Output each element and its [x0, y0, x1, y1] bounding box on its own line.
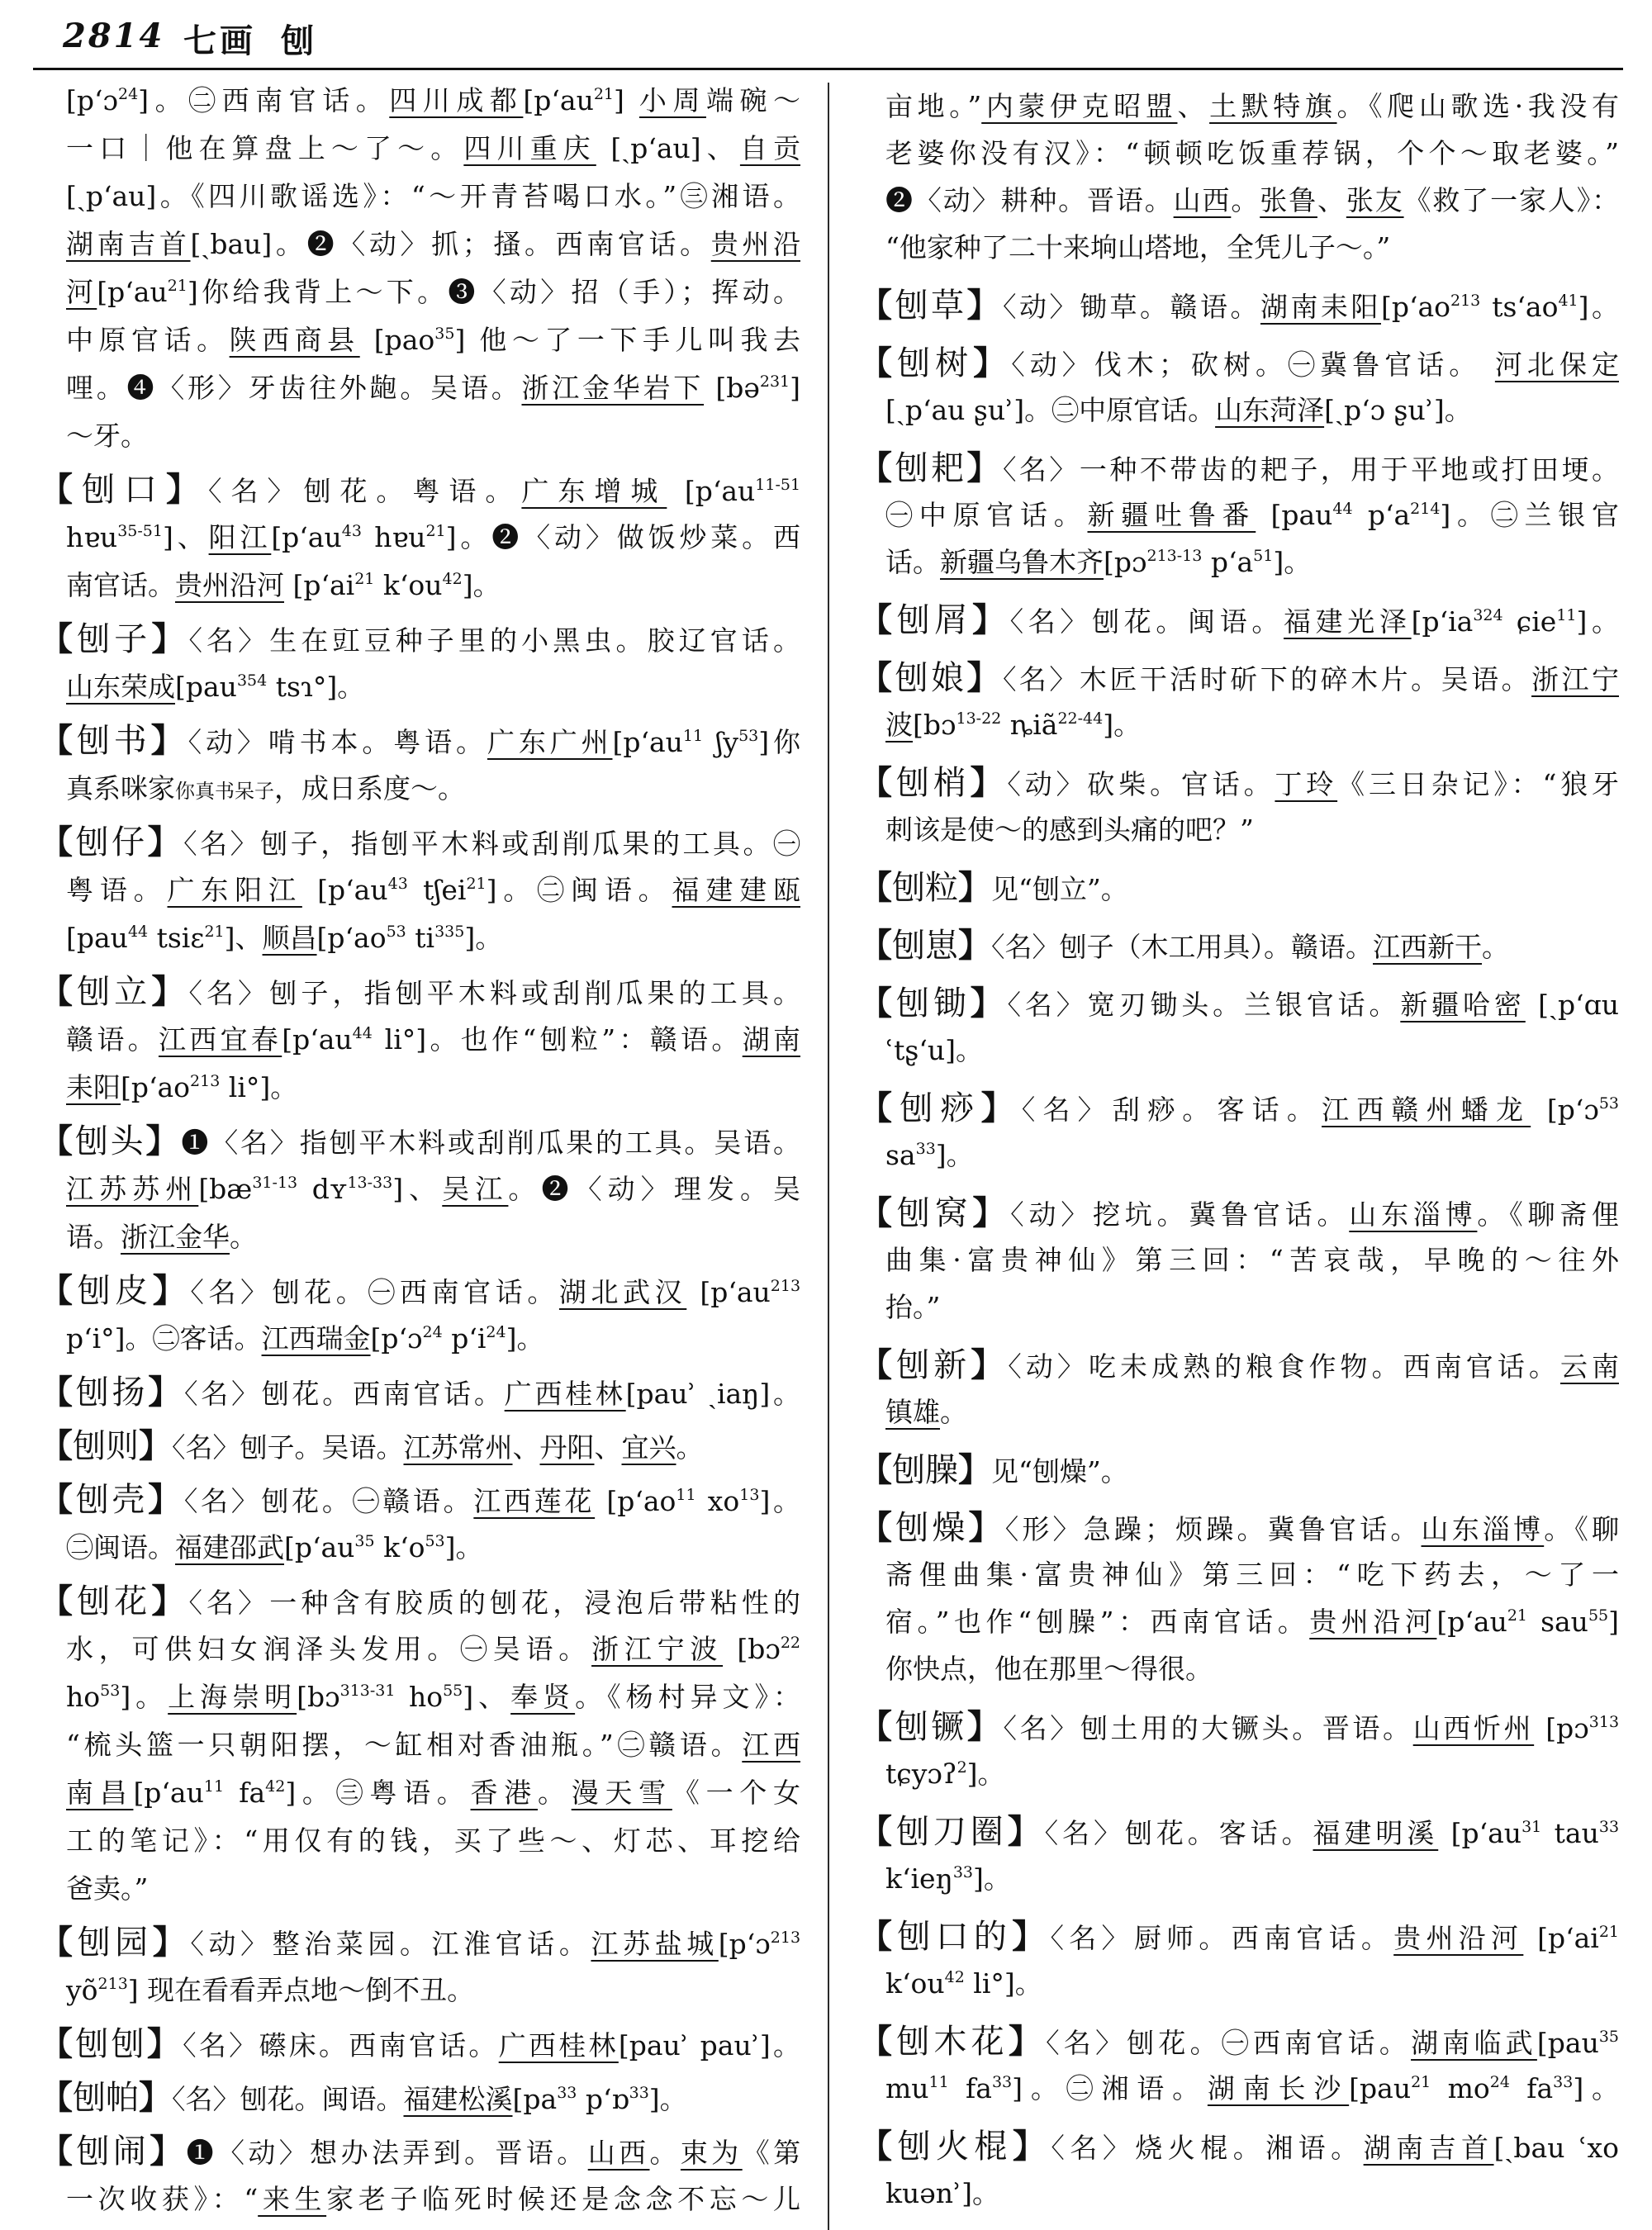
headword: 【刨壳】	[40, 1481, 184, 1519]
tone-superscript: 51	[1253, 547, 1273, 565]
headword: 【刨臊】	[859, 1451, 991, 1489]
tone-superscript: 55	[1588, 1606, 1608, 1625]
place-name: 山西	[588, 2137, 650, 2169]
headword-bracket-close: 】	[981, 1089, 1022, 1127]
place-name: 奉贤	[510, 1681, 575, 1713]
place-name: 浙江金华	[121, 1221, 230, 1253]
dictionary-entry: 【刨树】〈动〉伐木；砍树。㊀冀鲁官话。 河北保定[ˏp‘au ʂuʾ]。㊁中原官…	[859, 339, 1619, 434]
headword: 【刨火棍】	[859, 2128, 1051, 2166]
dictionary-entry: 【刨梢】〈动〉砍柴。官话。丁玲《三日杂记》：“狼牙刺该是使～的感到头痛的吧？”	[859, 759, 1619, 853]
tone-superscript: 53	[1599, 1094, 1619, 1113]
dictionary-entry: 【刨仔】〈名〉刨子，指刨平木料或刮削瓜果的工具。㊀粤语。广东阳江 [p‘au43…	[40, 818, 800, 962]
tone-superscript: 53	[387, 923, 406, 941]
tone-superscript: 33	[557, 2084, 577, 2102]
headword-bracket-close: 】	[958, 868, 991, 907]
entry-line: 【刨耙】〈名〉一种不带齿的耙子，用于平地或打田埂。	[859, 444, 1619, 491]
place-name: 河	[66, 276, 97, 308]
headword-bracket-open: 【	[40, 2024, 75, 2063]
dictionary-entry: 【刨刀圈】〈名〉刨花。客话。福建明溪 [p‘au31 tau33k‘ieŋ33]…	[859, 1808, 1619, 1902]
headword-bracket-open: 【	[859, 600, 897, 639]
entry-line: 【刨则】〈名〉刨子。吴语。江苏常州、丹阳、宜兴。	[40, 1422, 800, 1470]
place-name: 湖南临武	[1411, 2027, 1537, 2059]
tone-superscript: 43	[342, 522, 362, 540]
headword-bracket-open: 【	[40, 972, 77, 1011]
place-name: 广西桂林	[499, 2029, 619, 2062]
headword: 【刨皮】	[40, 1272, 190, 1310]
place-name: 上海崇明	[168, 1681, 297, 1713]
entry-line: 【刨头】❶〈名〉指刨平木料或刮削瓜果的工具。吴语。	[40, 1117, 800, 1165]
tone-superscript: 324	[1473, 606, 1502, 624]
entry-line: [p‘ɔ24]。㊁西南官话。四川成都[p‘au21] 小周端碗～	[40, 77, 800, 125]
entry-line: 【刨子】〈名〉生在豇豆种子里的小黑虫。胶辽官话。	[40, 615, 800, 663]
headword: 【刨燥】	[859, 1509, 1005, 1547]
entry-line: 宿。”也作“刨臊”：西南官话。贵州沿河[p‘au21 sau55]	[859, 1598, 1619, 1645]
headword-bracket-close: 】	[151, 1582, 188, 1620]
entry-line: 老婆你没有汉》：“顿顿吃饭重荐锅，个个～取老婆。”	[859, 130, 1619, 177]
place-name: 河北保定	[1495, 349, 1619, 381]
tone-superscript: 11	[929, 2073, 949, 2091]
dictionary-entry: 【刨帕】〈名〉刨花。闽语。福建松溪[pa33 p‘ɒ33]。	[40, 2074, 800, 2122]
place-name: 湖南	[743, 1023, 800, 1056]
dictionary-entry: 【刨痧】〈名〉刮痧。客话。江西赣州蟠龙 [p‘ɔ53sa33]。	[859, 1084, 1619, 1179]
place-name: 湖南耒阳	[1260, 291, 1381, 323]
dictionary-entry: 【刨口的】〈名〉厨师。西南官话。贵州沿河 [p‘ai21k‘ou42 li°]。	[859, 1913, 1619, 2007]
tone-superscript: 53	[100, 1682, 120, 1700]
entry-line: 【刨崽】〈名〉刨子（木工用具）。赣语。江西新干。	[859, 922, 1619, 969]
entry-line: 爸卖。”	[40, 1865, 800, 1913]
entry-line: 一次收获》：“来生家老子临死时候还是念念不忘～儿	[40, 2175, 800, 2223]
entry-line: 粤语。广东阳江 [p‘au43 tʃei21]。㊁闽语。福建建瓯	[40, 866, 800, 914]
entry-line: 曲集·富贵神仙》第三回：“苦哀哉，早晚的～往外	[859, 1236, 1619, 1283]
entry-line: 镇雄。	[859, 1388, 1619, 1435]
headword-bracket-close: 】	[151, 972, 188, 1011]
place-name: 张鲁	[1260, 184, 1317, 216]
place-name: 来生	[258, 2183, 326, 2215]
tone-superscript: 21	[204, 923, 224, 941]
place-name: 贵州沿河	[1309, 1606, 1436, 1638]
headword-bracket-close: 】	[151, 721, 188, 760]
tone-superscript: 33	[1553, 2073, 1573, 2091]
headword-bracket-close: 】	[148, 1480, 184, 1519]
entry-line: 赣语。江西宜春[p‘au44 li°]。也作“刨粒”：赣语。湖南	[40, 1016, 800, 1064]
place-name: 江西莲花	[473, 1485, 595, 1517]
dictionary-entry: 【刨镢】〈名〉刨土用的大镢头。晋语。山西忻州 [pɔ313tɕyɔʔ2]。	[859, 1703, 1619, 1797]
place-name: 福建明溪	[1313, 1817, 1439, 1849]
headword-bracket-close: 】	[972, 1193, 1010, 1232]
dictionary-entry: 【刨崽】〈名〉刨子（木工用具）。赣语。江西新干。	[859, 922, 1619, 969]
tone-superscript: 53	[738, 727, 758, 745]
place-name: 四川重庆	[463, 132, 596, 164]
tone-superscript: 335	[434, 923, 464, 941]
headword-bracket-close: 】	[147, 2024, 183, 2063]
place-name: 贵州沿河	[1393, 1922, 1523, 1954]
dictionary-entry: 【刨花】〈名〉一种含有胶质的刨花，浸泡后带粘性的水，可供妇女润泽头发用。㊀吴语。…	[40, 1578, 800, 1913]
place-name: 贵州沿	[711, 228, 800, 260]
tone-superscript: 41	[1558, 292, 1578, 310]
place-name: 顺昌	[263, 922, 317, 954]
tone-superscript: 11	[204, 1777, 224, 1796]
headword: 【刨刀圈】	[859, 1813, 1045, 1851]
place-name: 江西新干	[1373, 931, 1482, 963]
dictionary-entry: 【刨皮】〈名〉刨花。㊀西南官话。湖北武汉 [p‘au213p‘i°]。㊁客话。江…	[40, 1267, 800, 1363]
entry-line: ㊀中原官话。新疆吐鲁番 [pau44 p‘a214]。㊁兰银官	[859, 491, 1619, 539]
tone-superscript: 213	[98, 1975, 128, 1993]
headword-bracket-open: 【	[859, 1917, 897, 1956]
tone-superscript: 11	[1556, 606, 1576, 624]
tone-superscript: 13	[739, 1486, 759, 1504]
entry-line: ho53]。上海崇明[bɔ313-31 ho55]、奉贤。《杨村异文》：	[40, 1673, 800, 1721]
place-name: 湖南吉首	[66, 228, 191, 260]
entry-line: 斋俚曲集·富贵神仙》第三回：“吃下药去，～了一	[859, 1551, 1619, 1598]
headword-bracket-close: 】	[971, 984, 1008, 1022]
headword-bracket-open: 【	[859, 1089, 900, 1127]
place-name: 江苏盐城	[591, 1928, 718, 1960]
entry-line: 【刨园】〈动〉整治菜园。江淮官话。江苏盐城[p‘ɔ213	[40, 1919, 800, 1967]
place-name: 广西桂林	[505, 1378, 626, 1410]
place-name: 福建邵武	[175, 1531, 284, 1563]
headword: 【刨锄】	[859, 985, 1008, 1022]
headword-bracket-open: 【	[859, 2127, 897, 2166]
entry-line: 【刨口】〈名〉刨花。粤语。广东增城 [p‘au11-51	[40, 466, 800, 514]
headword-bracket-open: 【	[859, 1345, 896, 1384]
headword-bracket-close: 】	[153, 1923, 191, 1962]
headword-bracket-open: 【	[859, 448, 895, 487]
headword: 【刨镢】	[859, 1708, 1004, 1746]
headword-bracket-open: 【	[859, 1707, 895, 1746]
tone-superscript: 31	[1521, 1818, 1541, 1836]
dictionary-entry: 【刨锄】〈名〉宽刃锄头。兰银官话。新疆哈密 [ˏp‘ɑuʿtʂ‘u]。	[859, 980, 1619, 1074]
entry-line: 【刨仔】〈名〉刨子，指刨平木料或刮削瓜果的工具。㊀	[40, 818, 800, 866]
entry-line: 真系咪家你真书呆子，成日系度～。	[40, 765, 800, 813]
headword-bracket-close: 】	[967, 286, 1004, 325]
dictionary-entry: 【刨口】〈名〉刨花。粤语。广东增城 [p‘au11-51hɐu35-51]、阳江…	[40, 466, 800, 610]
entry-line: 【刨皮】〈名〉刨花。㊀西南官话。湖北武汉 [p‘au213	[40, 1267, 800, 1315]
headword-bracket-open: 【	[859, 1508, 895, 1547]
left-column: [p‘ɔ24]。㊁西南官话。四川成都[p‘au21] 小周端碗～一口｜他在算盘上…	[40, 77, 800, 2223]
headword-bracket-open: 【	[40, 619, 77, 658]
tone-superscript: 213	[771, 1277, 800, 1295]
headword-bracket-open: 【	[40, 2078, 73, 2117]
entry-line: [pau44 tsiɛ21]、顺昌[p‘ao53 ti335]。	[40, 914, 800, 962]
page-number: 2814	[63, 17, 164, 55]
headword: 【刨草】	[859, 287, 1003, 325]
tone-superscript: 213-13	[1146, 547, 1202, 565]
tone-superscript: 33	[629, 2084, 649, 2102]
headword-bracket-open: 【	[40, 1582, 77, 1620]
headword: 【刨窝】	[859, 1194, 1010, 1232]
headword: 【刨子】	[40, 620, 188, 658]
tone-superscript: 42	[945, 1968, 965, 1986]
tone-superscript: 33	[992, 2073, 1012, 2091]
headword-bracket-open: 【	[859, 2022, 896, 2061]
entry-line: ʿtʂ‘u]。	[859, 1027, 1619, 1074]
entry-line: hɐu35-51]、阳江[p‘au43 hɐu21]。❷〈动〉做饭炒菜。西	[40, 514, 800, 562]
headword-bracket-open: 【	[40, 1480, 76, 1519]
headword: 【刨口的】	[859, 1918, 1050, 1956]
place-name: 广东阳江	[168, 874, 302, 906]
dictionary-entry: 【刨扬】〈名〉刨花。西南官话。广西桂林[pauʾ ˏiaŋ]。	[40, 1369, 800, 1416]
tone-superscript: 53	[425, 1532, 444, 1550]
place-name: 吴江	[442, 1173, 508, 1205]
place-name: 镇雄	[885, 1396, 940, 1428]
tone-superscript: 213	[771, 1929, 800, 1947]
continued-entry: 亩地。”内蒙伊克昭盟、土默特旗。《爬山歌选·我没有老婆你没有汉》：“顿顿吃饭重荐…	[859, 83, 1619, 271]
place-name: 广东增城	[521, 475, 667, 507]
entry-line: 【刨闹】❶〈动〉想办法弄到。晋语。山西。束为《第	[40, 2128, 800, 2175]
entry-line: 波[bɔ13-22 ȵiã22-44]。	[859, 701, 1619, 748]
entry-line: k‘ieŋ33]。	[859, 1855, 1619, 1902]
entry-line: k‘ou42 li°]。	[859, 1960, 1619, 2007]
tone-superscript: 11	[676, 1486, 695, 1504]
headword: 【刨刨】	[40, 2025, 183, 2063]
headword-bracket-open: 【	[859, 984, 896, 1022]
headword-bracket-open: 【	[859, 658, 895, 697]
place-name: 江西赣州蟠龙	[1322, 1094, 1531, 1126]
entry-line: 【刨树】〈动〉伐木；砍树。㊀冀鲁官话。 河北保定	[859, 339, 1619, 387]
tone-superscript: 21	[594, 85, 614, 103]
tone-superscript: 213	[1450, 292, 1480, 310]
dictionary-entry: 【刨娘】〈名〉木匠干活时斫下的碎木片。吴语。浙江宁波[bɔ13-22 ȵiã22…	[859, 654, 1619, 748]
tone-superscript: 35	[434, 325, 454, 343]
entry-line: 【刨刨】〈名〉礤床。西南官话。广西桂林[pauʾ pauʾ]。	[40, 2020, 800, 2068]
tone-superscript: 22-44	[1057, 709, 1103, 728]
headword: 【刨屑】	[859, 601, 1010, 639]
headword: 【刨园】	[40, 1924, 190, 1962]
entry-line: 话。新疆乌鲁木齐[pɔ213-13 p‘a51]。	[859, 539, 1619, 586]
headword-bracket-close: 】	[1013, 2127, 1051, 2166]
entry-line: mu11 fa33]。㊁湘语。湖南长沙[pau21 mo24 fa33]。	[859, 2065, 1619, 2112]
entry-line: p‘i°]。㊁客话。江西瑞金[p‘ɔ24 p‘i24]。	[40, 1315, 800, 1363]
place-name: 波	[885, 709, 913, 741]
place-name: 小周	[639, 84, 706, 116]
dictionary-entry: 【刨书】〈动〉啃书本。粤语。广东广州[p‘au11 ʃy53]你真系咪家你真书呆…	[40, 717, 800, 813]
entry-line: 语。浙江金华。	[40, 1213, 800, 1261]
tone-superscript: 24	[486, 1323, 506, 1341]
headword: 【刨新】	[859, 1346, 1008, 1384]
dictionary-entry: 【刨则】〈名〉刨子。吴语。江苏常州、丹阳、宜兴。	[40, 1422, 800, 1470]
headword-bracket-close: 】	[966, 658, 1002, 697]
headword: 【刨崽】	[859, 927, 991, 965]
entry-line: 【刨娘】〈名〉木匠干活时斫下的碎木片。吴语。浙江宁	[859, 654, 1619, 701]
entry-line: 河[p‘au21]你给我背上～下。❸〈动〉招（手）；挥动。	[40, 268, 800, 316]
headword: 【刨痧】	[859, 1089, 1022, 1127]
head-character: 刨	[281, 15, 314, 62]
continued-entry: [p‘ɔ24]。㊁西南官话。四川成都[p‘au21] 小周端碗～一口｜他在算盘上…	[40, 77, 800, 460]
entry-line: 【刨花】〈名〉一种含有胶质的刨花，浸泡后带粘性的	[40, 1578, 800, 1625]
headword-bracket-close: 】	[958, 1450, 991, 1489]
entry-line: 【刨痧】〈名〉刮痧。客话。江西赣州蟠龙 [p‘ɔ53	[859, 1084, 1619, 1132]
headword-bracket-close: 】	[153, 1271, 191, 1310]
entry-line: yõ213] 现在看看弄点地～倒不丑。	[40, 1967, 800, 2014]
entry-line: “梳头篮一只朝阳摆，～缸相对香油瓶。”㊁赣语。江西	[40, 1721, 800, 1769]
dictionary-entry: 【刨新】〈动〉吃未成熟的粮食作物。西南官话。云南镇雄。	[859, 1341, 1619, 1435]
entry-line: ～牙。	[40, 412, 800, 460]
entry-line: 【刨书】〈动〉啃书本。粤语。广东广州[p‘au11 ʃy53]你	[40, 717, 800, 765]
headword-bracket-close: 】	[139, 1426, 172, 1465]
entry-line: tɕyɔʔ2]。	[859, 1750, 1619, 1797]
headword-bracket-open: 【	[40, 1271, 78, 1310]
tone-superscript: 21	[466, 875, 486, 893]
entry-line: 耒阳[p‘ao213 li°]。	[40, 1064, 800, 1112]
entry-line: 刺该是使～的感到头痛的吧？”	[859, 806, 1619, 853]
tone-superscript: 35	[354, 1532, 374, 1550]
headword: 【刨梢】	[859, 764, 1007, 802]
headword: 【刨耙】	[859, 449, 1003, 487]
entry-line: 江苏苏州[bæ31-13 dʏ13-33]、吴江。❷〈动〉理发。吴	[40, 1165, 800, 1213]
entry-line: “他家种了二十来垧山塔地，全凭儿子～。”	[859, 224, 1619, 271]
place-name: 云南	[1560, 1350, 1619, 1383]
place-name: 山东荣成	[66, 671, 175, 703]
tone-superscript: 13-22	[956, 709, 1001, 728]
place-name: 新疆吐鲁番	[1088, 499, 1256, 531]
headword-bracket-close: 】	[150, 2132, 186, 2171]
dictionary-entry: 【刨火棍】〈名〉烧火棍。湘语。湖南吉首[ˏbau ʿxokuənʾ]。	[859, 2123, 1619, 2217]
headword: 【刨闹】	[40, 2133, 187, 2171]
headword-bracket-open: 【	[859, 1450, 892, 1489]
entry-line: [ˏp‘au ʂuʾ]。㊁中原官话。山东菏泽[ˏp‘ɔ ʂuʾ]。	[859, 387, 1619, 434]
headword-bracket-open: 【	[40, 1923, 78, 1962]
dictionary-entry: 【刨臊】见“刨燥”。	[859, 1446, 1619, 1493]
headword-bracket-open: 【	[859, 926, 892, 965]
tone-superscript: 21	[1411, 2073, 1431, 2091]
tone-superscript: 213	[190, 1072, 220, 1090]
tone-superscript: 231	[760, 372, 790, 391]
place-name: 江苏苏州	[66, 1173, 198, 1205]
entry-line: [ˏp‘au]。《四川歌谣选》：“～开青苔喝口水。”㊂湘语。	[40, 173, 800, 221]
entry-line: kuənʾ]。	[859, 2170, 1619, 2217]
place-name: 福建松溪	[404, 2083, 513, 2115]
headword-bracket-open: 【	[859, 1812, 896, 1851]
place-name: 广东广州	[487, 726, 613, 758]
place-name: 丁玲	[1275, 768, 1337, 800]
entry-line: 一口｜他在算盘上～了～。四川重庆 [ˏp‘au]、自贡	[40, 125, 800, 173]
tone-superscript: 22	[781, 1634, 800, 1652]
entry-line: 【刨锄】〈名〉宽刃锄头。兰银官话。新疆哈密 [ˏp‘ɑu	[859, 980, 1619, 1027]
tone-superscript: 21	[354, 570, 374, 588]
entry-line: 中原官话。陕西商县 [pao35] 他～了一下手儿叫我去	[40, 316, 800, 364]
tone-superscript: 42	[443, 570, 463, 588]
tone-superscript: 21	[168, 277, 188, 295]
headword-bracket-close: 】	[151, 619, 188, 658]
entry-line: 【刨火棍】〈名〉烧火棍。湘语。湖南吉首[ˏbau ʿxo	[859, 2123, 1619, 2170]
entry-line: 【刨口的】〈名〉厨师。西南官话。贵州沿河 [p‘ai21	[859, 1913, 1619, 1960]
headword: 【刨书】	[40, 722, 188, 760]
place-name: 耒阳	[66, 1071, 121, 1103]
headword-bracket-open: 【	[40, 2132, 76, 2171]
dictionary-entry: 【刨屑】〈名〉刨花。闽语。福建光泽[p‘ia324 ɕie11]。	[859, 596, 1619, 643]
headword: 【刨木花】	[859, 2023, 1046, 2061]
place-name: 四川成都	[389, 84, 523, 116]
place-name: 福建建瓯	[672, 874, 800, 906]
place-name: 福建光泽	[1284, 605, 1412, 638]
place-name: 自贡	[740, 132, 800, 164]
place-name: 宜兴	[622, 1431, 676, 1464]
headword-bracket-close: 】	[166, 470, 208, 509]
tone-superscript: 21	[1507, 1606, 1527, 1625]
place-name: 山东菏泽	[1215, 394, 1324, 426]
tone-superscript: 11	[683, 727, 703, 745]
headword-bracket-close: 】	[969, 1508, 1005, 1547]
place-name: 山东淄博	[1422, 1513, 1545, 1545]
headword: 【刨立】	[40, 973, 188, 1011]
place-name: 山西	[1174, 184, 1232, 216]
place-name: 束为	[681, 2137, 743, 2169]
entry-line: 【刨刀圈】〈名〉刨花。客话。福建明溪 [p‘au31 tau33	[859, 1808, 1619, 1855]
tone-superscript: 11-51	[755, 476, 800, 494]
headword: 【刨仔】	[40, 823, 183, 861]
entry-line: 水，可供妇女润泽头发用。㊀吴语。浙江宁波 [bɔ22	[40, 1625, 800, 1673]
tone-superscript: 313-31	[340, 1682, 396, 1700]
headword-bracket-open: 【	[40, 470, 82, 509]
place-name: 内蒙伊克昭盟	[981, 90, 1177, 122]
place-name: 土默特旗	[1209, 90, 1336, 122]
entry-line: 【刨新】〈动〉吃未成熟的粮食作物。西南官话。云南	[859, 1341, 1619, 1388]
place-name: 浙江金华岩下	[521, 372, 704, 404]
entry-line: 南昌[p‘au11 fa42]。㊂粤语。香港。漫天雪《一个女	[40, 1769, 800, 1817]
tone-superscript: 2	[957, 1758, 967, 1777]
entry-line: 【刨粒】见“刨立”。	[859, 864, 1619, 911]
headword-bracket-close: 】	[146, 1122, 182, 1160]
entry-line: ㊁闽语。福建邵武[p‘au35 k‘o53]。	[40, 1524, 800, 1572]
place-name: 江西宜春	[159, 1023, 282, 1056]
entry-line: 【刨燥】〈形〉急躁；烦躁。冀鲁官话。山东淄博。《聊	[859, 1504, 1619, 1551]
tone-superscript: 214	[1410, 500, 1440, 518]
entry-line: 【刨帕】〈名〉刨花。闽语。福建松溪[pa33 p‘ɒ33]。	[40, 2074, 800, 2122]
place-name: 漫天雪	[572, 1777, 672, 1809]
headword-bracket-open: 【	[40, 823, 76, 861]
entry-line: 【刨草】〈动〉锄草。赣语。湖南耒阳[p‘ao213 ts‘ao41]。	[859, 282, 1619, 329]
headword: 【刨则】	[40, 1427, 172, 1465]
place-name: 山东淄博	[1349, 1198, 1477, 1231]
entry-line: 哩。❹〈形〉牙齿往外龅。吴语。浙江金华岩下 [bə231]	[40, 364, 800, 412]
entry-line: 【刨镢】〈名〉刨土用的大镢头。晋语。山西忻州 [pɔ313	[859, 1703, 1619, 1750]
headword: 【刨帕】	[40, 2079, 172, 2117]
entry-line: 南官话。贵州沿河 [p‘ai21 k‘ou42]。	[40, 562, 800, 610]
tone-superscript: 44	[1332, 500, 1352, 518]
entry-line: sa33]。	[859, 1132, 1619, 1179]
tone-superscript: 24	[423, 1323, 443, 1341]
entry-line: 【刨立】〈名〉刨子，指刨平木料或刮削瓜果的工具。	[40, 968, 800, 1016]
place-name: 浙江宁波	[591, 1633, 723, 1665]
entry-line: 湖南吉首[ˏbau]。❷〈动〉抓；搔。西南官话。贵州沿	[40, 221, 800, 268]
headword-bracket-open: 【	[40, 1373, 76, 1412]
tone-superscript: 24	[1490, 2073, 1510, 2091]
dictionary-entry: 【刨闹】❶〈动〉想办法弄到。晋语。山西。束为《第一次收获》：“来生家老子临死时候…	[40, 2128, 800, 2223]
headword-bracket-open: 【	[859, 344, 897, 382]
place-name: 新疆哈密	[1400, 989, 1525, 1021]
dictionary-entry: 【刨立】〈名〉刨子，指刨平木料或刮削瓜果的工具。赣语。江西宜春[p‘au44 l…	[40, 968, 800, 1112]
tone-superscript: 35	[1599, 2028, 1619, 2046]
dictionary-entry: 【刨草】〈动〉锄草。赣语。湖南耒阳[p‘ao213 ts‘ao41]。	[859, 282, 1619, 329]
place-name: 丹阳	[540, 1431, 595, 1464]
entry-line: 【刨梢】〈动〉砍柴。官话。丁玲《三日杂记》：“狼牙	[859, 759, 1619, 806]
headword: 【刨粒】	[859, 869, 991, 907]
dictionary-entry: 【刨粒】见“刨立”。	[859, 864, 1619, 911]
place-name: 江西瑞金	[262, 1322, 371, 1355]
headword: 【刨娘】	[859, 659, 1003, 697]
dictionary-entry: 【刨刨】〈名〉礤床。西南官话。广西桂林[pauʾ pauʾ]。	[40, 2020, 800, 2068]
place-name: 阳江	[209, 521, 272, 553]
tone-superscript: 13-33	[347, 1174, 392, 1192]
place-name: 浙江宁	[1531, 663, 1619, 695]
entry-line: 【刨壳】〈名〉刨花。㊀赣语。江西莲花 [p‘ao11 xo13]。	[40, 1476, 800, 1524]
place-name: 山西忻州	[1413, 1712, 1534, 1744]
headword-bracket-open: 【	[859, 1193, 897, 1232]
tone-superscript: 313	[1589, 1713, 1619, 1731]
headword-bracket-close: 】	[148, 823, 184, 861]
headword-bracket-open: 【	[859, 763, 896, 802]
place-name: 陕西商县	[230, 324, 360, 356]
